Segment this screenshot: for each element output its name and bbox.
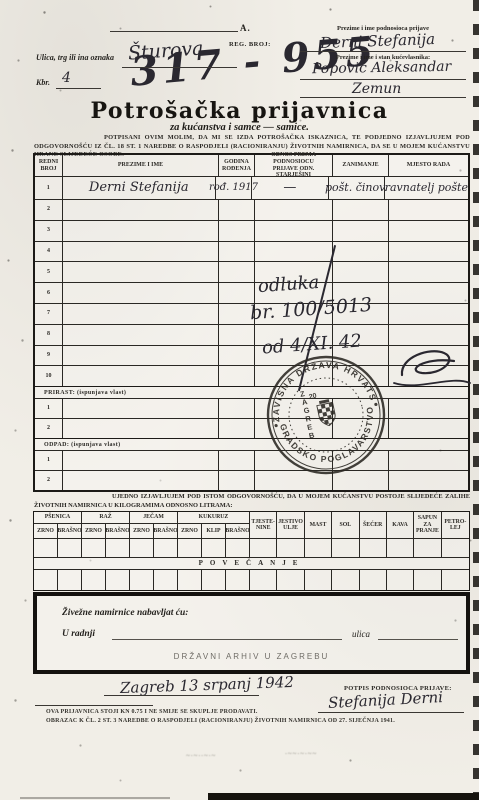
table-row: 2	[35, 470, 468, 490]
table-row: REDNI BROJPREZIME I IMEGODINA ROĐENJAODN…	[35, 155, 468, 176]
supplies-cell: PETRO- LEJ	[442, 512, 469, 539]
supplies-cell: JESTIVO ULJE	[277, 512, 304, 539]
landlord-rule	[300, 79, 466, 80]
stamp-coat-of-arms	[316, 398, 337, 427]
fine-print-line1: OVA PRIJAVNICA STOJI KN 0.75 I NE SMIJE …	[46, 708, 446, 717]
supplies-cell	[178, 570, 202, 590]
archive-stamp-text: DRŽAVNI ARHIV U ZAGREBU	[33, 652, 470, 661]
supplies-cell: ZRNO	[34, 524, 58, 539]
cell-name	[63, 262, 219, 282]
supplies-cell: ZRNO	[178, 524, 202, 539]
supplies-cell: BRAŠNO	[58, 524, 82, 539]
column-header: MJESTO RADA	[389, 155, 468, 176]
street-rule	[122, 67, 237, 68]
table-row: 2	[35, 418, 468, 438]
supplies-cell: TJESTE- NINE	[250, 512, 277, 539]
supplies-cell	[442, 570, 469, 590]
row-number: 2	[35, 200, 63, 220]
cell-birth: rođ. 1917	[216, 177, 252, 199]
row-number: 3	[35, 221, 63, 241]
supplies-cell	[250, 570, 277, 590]
pencil-smudge-right: ·~~·~·~~	[285, 750, 317, 758]
supplies-cell	[360, 539, 387, 558]
cell-workplace	[389, 262, 468, 282]
cell-name	[63, 325, 219, 345]
supplies-cell: POVEČANJE	[34, 558, 469, 570]
cell-workplace	[389, 221, 468, 241]
row-number: 7	[35, 304, 63, 324]
landlord-handwriting: Popović Aleksandar	[312, 59, 452, 77]
supplies-cell: RAŽ	[82, 512, 130, 524]
cell-workplace	[389, 419, 468, 438]
table-row: 5	[35, 261, 468, 282]
handwriting-birth: rođ. 1917	[209, 182, 258, 194]
cell-occupation: pošt. činov.	[329, 177, 385, 199]
page-title: Potrošačka prijavnica	[0, 98, 479, 124]
cell-birth	[219, 346, 255, 366]
supplies-cell	[442, 539, 469, 558]
date-rule	[104, 695, 259, 696]
supplies-cell: BRAŠNO	[154, 524, 178, 539]
pen-flourish	[392, 345, 472, 390]
cell-workplace	[389, 471, 468, 490]
table-row: 6	[35, 282, 468, 303]
supplies-cell	[387, 539, 414, 558]
supplies-cell	[332, 539, 359, 558]
cell-occupation	[333, 242, 389, 262]
annotation-line-1: odluka	[257, 274, 319, 296]
row-number: 2	[35, 419, 63, 438]
cell-birth	[219, 399, 255, 418]
supplies-cell: BRAŠNO	[226, 524, 250, 539]
scan-bottom-edge-2	[20, 797, 170, 799]
cell-birth	[219, 366, 255, 386]
cell-name	[63, 304, 219, 324]
column-header: ODNOS PREMA PODNOSIOCU PRIJAVE ODN. STAR…	[255, 155, 333, 176]
shop-line1: Živežne namirnice nabavljat ću:	[62, 608, 188, 618]
supplies-cell	[106, 539, 130, 558]
row-number: 5	[35, 262, 63, 282]
supplies-cell	[178, 539, 202, 558]
page-subtitle: za kućanstva i samce — samice.	[0, 122, 479, 133]
supplies-cell	[414, 539, 441, 558]
supplies-cell: SAPUN ZA PRANJE	[414, 512, 441, 539]
handwriting-name: Derni Stefanija	[89, 181, 189, 196]
table-row: 1	[35, 450, 468, 470]
scan-bottom-edge	[208, 793, 479, 800]
row-number: 6	[35, 283, 63, 303]
row-number: 1	[35, 451, 63, 470]
supplies-cell: BRAŠNO	[106, 524, 130, 539]
shop-declaration-box	[33, 592, 470, 674]
supplies-cell	[58, 570, 82, 590]
cell-workplace	[389, 283, 468, 303]
cell-birth	[219, 325, 255, 345]
shop-radnji-label: U radnji	[62, 629, 95, 639]
cell-relation	[255, 221, 333, 241]
section-label: ODPAD: (ispunjava vlast)	[35, 438, 468, 450]
supplies-cell	[154, 570, 178, 590]
cell-name	[63, 283, 219, 303]
supplies-cell	[106, 570, 130, 590]
pencil-smudge-left: ~·~··~·~	[186, 752, 216, 760]
date-place-handwriting: Zagreb 13 srpanj 1942	[120, 673, 294, 697]
cell-name	[63, 242, 219, 262]
cell-name	[63, 399, 219, 418]
handwriting-relation: —	[283, 181, 296, 196]
cell-relation: —	[252, 177, 329, 199]
supplies-cell	[414, 570, 441, 590]
applicant-handwriting: Derni Stefanija	[320, 30, 436, 52]
kbr-label: Kbr.	[36, 78, 50, 87]
supplies-cell: KLIP	[202, 524, 226, 539]
cell-workplace	[389, 242, 468, 262]
kbr-rule	[56, 88, 101, 89]
supplies-cell: JEČAM	[130, 512, 178, 524]
row-number: 9	[35, 346, 63, 366]
supplies-cell: ZRNO	[82, 524, 106, 539]
supplies-cell	[202, 539, 226, 558]
cell-workplace	[389, 451, 468, 470]
cell-name	[63, 200, 219, 220]
supplies-cell: MAST	[305, 512, 332, 539]
cell-workplace	[389, 200, 468, 220]
paper-speckles	[0, 0, 1, 1]
top-blank-rule	[110, 31, 238, 32]
row-number: 1	[35, 399, 63, 418]
supplies-cell	[277, 570, 304, 590]
shop-radnji-rule	[112, 639, 342, 640]
supplies-cell	[154, 539, 178, 558]
supplies-cell	[277, 539, 304, 558]
row-number: 1	[35, 177, 63, 199]
table-row: 4	[35, 241, 468, 262]
supplies-cell	[82, 570, 106, 590]
supplies-cell	[130, 539, 154, 558]
column-header: PREZIME I IME	[63, 155, 219, 176]
table-row: 3	[35, 220, 468, 241]
supplies-cell: SOL	[332, 512, 359, 539]
supplies-cell	[58, 539, 82, 558]
cell-name	[63, 451, 219, 470]
row-number: 4	[35, 242, 63, 262]
cell-birth	[219, 242, 255, 262]
cell-workplace: ravnatelj pošte	[385, 177, 468, 199]
street-label: Ulica, trg ili ina oznaka	[36, 53, 114, 62]
landlord-city-handwriting: Zemun	[352, 81, 401, 97]
round-official-stamp: NEZAVISNA DRŽAVA HRVATSKA GRADSKO POGLAV…	[251, 340, 400, 489]
supplies-cell	[387, 570, 414, 590]
supplies-cell	[82, 539, 106, 558]
supplies-cell	[305, 539, 332, 558]
table-row: 8	[35, 324, 468, 345]
cell-workplace	[389, 325, 468, 345]
cell-name	[63, 471, 219, 490]
table-row: 1Derni Stefanijarođ. 1917—pošt. činov.ra…	[35, 176, 468, 199]
cell-occupation	[333, 221, 389, 241]
handwriting-workplace: ravnatelj pošte	[385, 182, 468, 195]
supplies-cell	[202, 570, 226, 590]
supplies-cell	[34, 539, 58, 558]
cell-workplace	[389, 304, 468, 324]
cell-name	[63, 346, 219, 366]
cell-name	[63, 221, 219, 241]
stamp-number: 20	[308, 393, 317, 401]
fine-print-line2: OBRAZAC K ČL. 2 ST. 3 NAREDBE O RASPODJE…	[46, 717, 446, 726]
cell-workplace	[389, 399, 468, 418]
cell-birth	[219, 200, 255, 220]
section-letter: A.	[240, 23, 251, 33]
cell-name	[63, 366, 219, 386]
supplies-table: PŠENICAZRNOBRAŠNORAŽZRNOBRAŠNOJEČAMZRNOB…	[33, 511, 470, 591]
column-header: ZANIMANJE	[333, 155, 389, 176]
supplies-intro-paragraph: UJEDNO IZJAVLJUJEM POD ISTOM ODGOVORNOŠĆ…	[34, 493, 470, 511]
fine-print: OVA PRIJAVNICA STOJI KN 0.75 I NE SMIJE …	[46, 708, 446, 726]
column-header: REDNI BROJ	[35, 155, 63, 176]
cell-birth	[219, 451, 255, 470]
shop-ulica-rule	[378, 639, 458, 640]
supplies-cell	[360, 570, 387, 590]
cell-birth	[219, 283, 255, 303]
supplies-cell	[305, 570, 332, 590]
applicant-rule	[300, 51, 466, 52]
cell-name: Derni Stefanija	[63, 177, 216, 199]
row-number: 10	[35, 366, 63, 386]
supplies-cell: KAVA	[387, 512, 414, 539]
table-row: 2	[35, 199, 468, 220]
cell-birth	[219, 471, 255, 490]
shop-ulica-label: ulica	[352, 629, 370, 639]
column-header: GODINA ROĐENJA	[219, 155, 255, 176]
supplies-cell: ZRNO	[130, 524, 154, 539]
supplies-cell	[250, 539, 277, 558]
supplies-cell: PŠENICA	[34, 512, 82, 524]
supplies-cell	[34, 570, 58, 590]
cell-occupation	[333, 200, 389, 220]
scan-right-edge	[473, 0, 479, 800]
cell-birth	[219, 221, 255, 241]
scanned-form-page: A. REG. BROJ: 317 - 955 Ulica, trg ili i…	[0, 0, 479, 800]
supplies-cell	[226, 539, 250, 558]
supplies-cell	[332, 570, 359, 590]
supplies-cell	[130, 570, 154, 590]
cell-occupation	[333, 262, 389, 282]
table-row: 1	[35, 398, 468, 418]
cell-birth	[219, 262, 255, 282]
cell-relation	[255, 200, 333, 220]
supplies-cell: ŠEĆER	[360, 512, 387, 539]
handwriting-occupation: pošt. činov.	[325, 182, 388, 195]
fine-print-rule	[35, 705, 153, 706]
cell-relation	[255, 242, 333, 262]
supplies-cell	[226, 570, 250, 590]
kbr-handwriting: 4	[62, 70, 71, 86]
cell-name	[63, 419, 219, 438]
row-number: 2	[35, 471, 63, 490]
row-number: 8	[35, 325, 63, 345]
supplies-cell: KUKURUZ	[178, 512, 250, 524]
cell-birth	[219, 419, 255, 438]
